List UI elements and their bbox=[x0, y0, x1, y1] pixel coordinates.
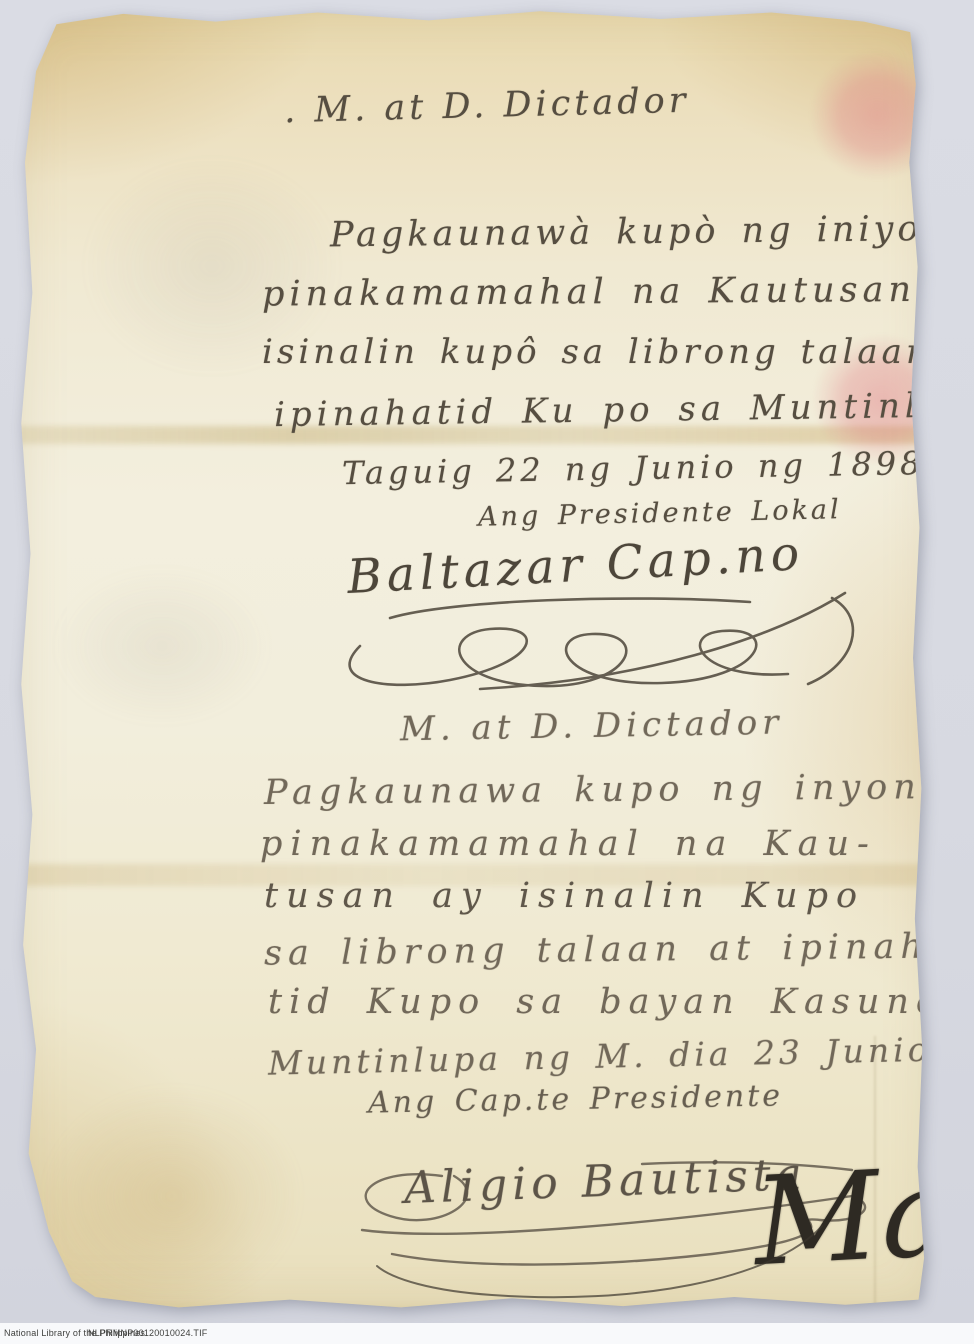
section2-line: tusan ay isinalin Kupo bbox=[264, 876, 865, 916]
scan-viewer: . M. at D. Dictador Pagkaunawà kupò ng i… bbox=[0, 0, 974, 1344]
manuscript-paper-wrap: . M. at D. Dictador Pagkaunawà kupò ng i… bbox=[12, 6, 938, 1310]
footer-bar: National Library of the Philippines NLPR… bbox=[0, 1323, 974, 1344]
section2-line: Muntinlupa ng M. dia 23 Junio 98 bbox=[268, 1028, 974, 1082]
section1-date-line: Taguig 22 ng Junio ng 1898. bbox=[342, 444, 939, 492]
section1-heading: . M. at D. Dictador bbox=[284, 81, 690, 132]
bleed-through-ghost-middle-left bbox=[52, 566, 272, 726]
section2-line: sa librong talaan at ipinaha bbox=[264, 926, 956, 973]
scan-filename-label: NLPRMNP00120010024.TIF bbox=[88, 1328, 207, 1338]
section2-closing: Ang Cap.te Presidente bbox=[368, 1078, 784, 1120]
section2-line: tid Kupo sa bayan Kasunod bbox=[268, 982, 973, 1022]
section1-line: pinakamamahal na Kautusan ay bbox=[262, 269, 974, 314]
section1-line: isinalin kupô sa librong talaan at bbox=[262, 332, 974, 372]
margin-mark-tail-stroke bbox=[372, 1221, 832, 1306]
water-stain-bottom-left bbox=[42, 1086, 302, 1306]
manuscript-paper: . M. at D. Dictador Pagkaunawà kupò ng i… bbox=[12, 6, 938, 1310]
section2-heading: M. at D. Dictador bbox=[400, 703, 784, 750]
section1-line: Pagkaunawà kupò ng iniyong bbox=[330, 209, 974, 256]
signature-flourish-baltazar bbox=[330, 588, 875, 696]
section2-line: Pagkaunawa kupo ng inyong bbox=[264, 767, 951, 813]
section2-line: pinakamamahal na Kau- bbox=[260, 824, 877, 864]
ink-stamp-top-right bbox=[810, 50, 944, 180]
